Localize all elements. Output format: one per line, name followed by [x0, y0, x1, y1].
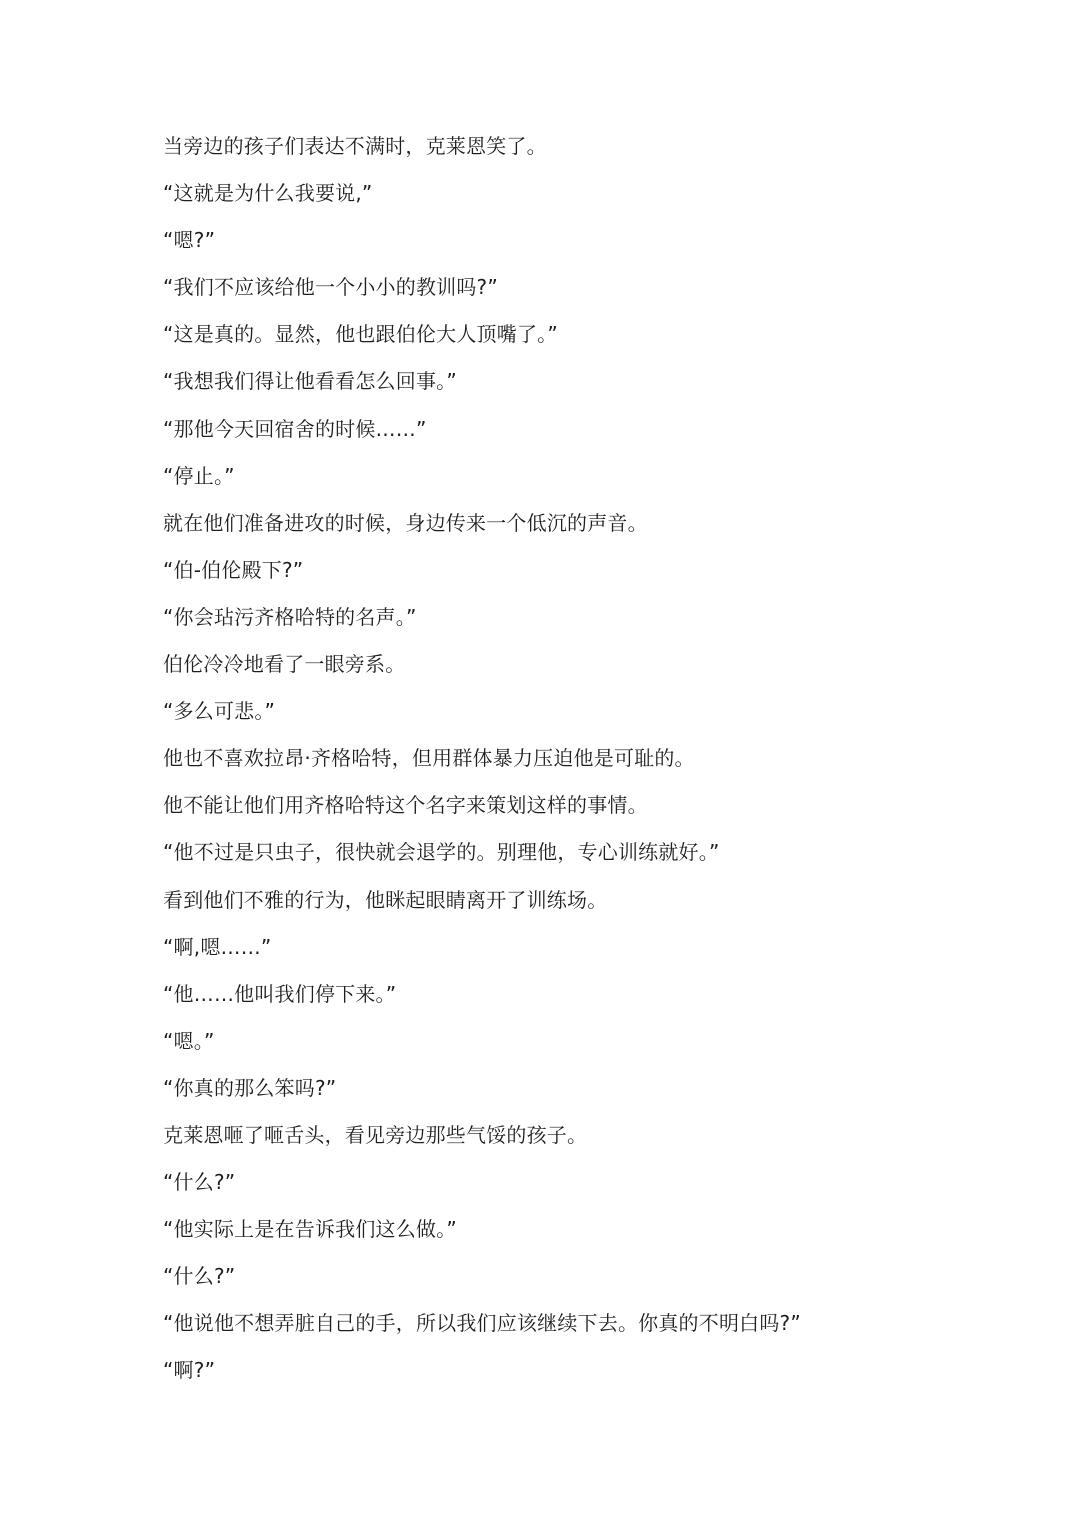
paragraph: “我想我们得让他看看怎么回事。”: [163, 366, 1023, 413]
paragraph: “伯-伯伦殿下?”: [163, 555, 1023, 602]
paragraph: “他……他叫我们停下来。”: [163, 979, 1023, 1026]
paragraph: “他实际上是在告诉我们这么做。”: [163, 1214, 1023, 1261]
paragraph: “你会玷污齐格哈特的名声。”: [163, 602, 1023, 649]
paragraph: 他也不喜欢拉昂·齐格哈特，但用群体暴力压迫他是可耻的。: [163, 743, 1023, 790]
paragraph: “我们不应该给他一个小小的教训吗?”: [163, 272, 1023, 319]
paragraph: “啊,嗯……”: [163, 932, 1023, 979]
paragraph: “什么?”: [163, 1167, 1023, 1214]
paragraph: “你真的那么笨吗?”: [163, 1073, 1023, 1120]
paragraph: “那他今天回宿舍的时候……”: [163, 414, 1023, 461]
paragraph: 看到他们不雅的行为，他眯起眼睛离开了训练场。: [163, 885, 1023, 932]
paragraph: 当旁边的孩子们表达不满时，克莱恩笑了。: [163, 131, 1023, 178]
document-body: 当旁边的孩子们表达不满时，克莱恩笑了。 “这就是为什么我要说,” “嗯?” “我…: [163, 131, 1023, 1403]
paragraph: 伯伦冷冷地看了一眼旁系。: [163, 649, 1023, 696]
paragraph: “啊?”: [163, 1355, 1023, 1402]
paragraph: 就在他们准备进攻的时候，身边传来一个低沉的声音。: [163, 508, 1023, 555]
paragraph: “嗯。”: [163, 1026, 1023, 1073]
paragraph: “他不过是只虫子，很快就会退学的。别理他，专心训练就好。”: [163, 837, 1023, 884]
paragraph: “停止。”: [163, 461, 1023, 508]
paragraph: “这就是为什么我要说,”: [163, 178, 1023, 225]
paragraph: “他说他不想弄脏自己的手，所以我们应该继续下去。你真的不明白吗?”: [163, 1308, 1023, 1355]
paragraph: “嗯?”: [163, 225, 1023, 272]
paragraph: “这是真的。显然，他也跟伯伦大人顶嘴了。”: [163, 319, 1023, 366]
paragraph: “多么可悲。”: [163, 696, 1023, 743]
paragraph: 他不能让他们用齐格哈特这个名字来策划这样的事情。: [163, 790, 1023, 837]
paragraph: 克莱恩咂了咂舌头，看见旁边那些气馁的孩子。: [163, 1120, 1023, 1167]
paragraph: “什么?”: [163, 1261, 1023, 1308]
